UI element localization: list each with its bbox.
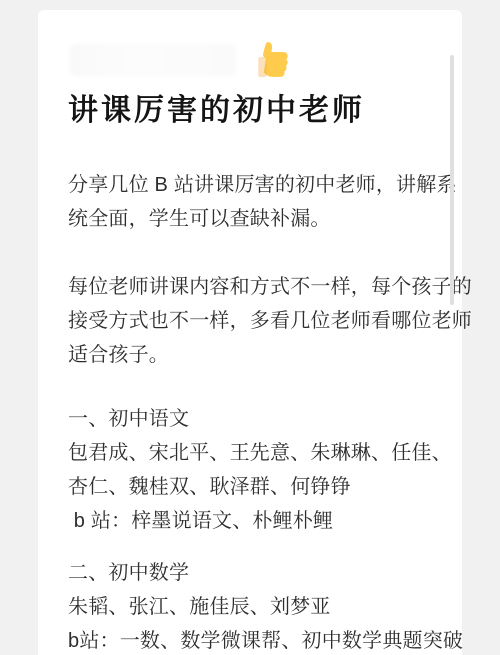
section-math-teachers-line-1: 朱韬、张江、施佳辰、刘梦亚 [68,590,440,624]
section-chinese-heading: 一、初中语文 [68,402,440,436]
section-math: 二、初中数学 朱韬、张江、施佳辰、刘梦亚 b站：一数、数学微课帮、初中数学典题突… [68,556,440,655]
scrollbar-thumb[interactable] [450,55,454,305]
advice-line-1: 每位老师讲课内容和方式不一样，每个孩子的 [68,270,440,304]
article-title: 讲课厉害的初中老师 [68,93,440,129]
article-card: 讲课厉害的初中老师 分享几位 B 站讲课厉害的初中老师，讲解系 统全面，学生可以… [38,10,462,655]
intro-line-1: 分享几位 B 站讲课厉害的初中老师，讲解系 [68,168,440,202]
section-math-bilibili: b站：一数、数学微课帮、初中数学典题突破 [68,624,440,655]
advice-line-3: 适合孩子。 [68,338,440,372]
screenshot-root: 讲课厉害的初中老师 分享几位 B 站讲课厉害的初中老师，讲解系 统全面，学生可以… [0,0,500,655]
section-chinese-bilibili: b 站：梓墨说语文、朴鲤朴鲤 [68,504,440,538]
paragraph-advice: 每位老师讲课内容和方式不一样，每个孩子的 接受方式也不一样，多看几位老师看哪位老… [68,270,440,372]
intro-line-2: 统全面，学生可以查缺补漏。 [68,202,440,236]
section-chinese: 一、初中语文 包君成、宋北平、王先意、朱琳琳、任佳、 杏仁、魏桂双、耿泽群、何铮… [68,402,440,538]
paragraph-intro: 分享几位 B 站讲课厉害的初中老师，讲解系 统全面，学生可以查缺补漏。 [68,168,440,236]
section-chinese-teachers-line-1: 包君成、宋北平、王先意、朱琳琳、任佳、 [68,436,440,470]
article-header [68,10,440,85]
thumbs-up-emoji [251,38,297,84]
redacted-author-blur [70,44,236,76]
section-math-heading: 二、初中数学 [68,556,440,590]
advice-line-2: 接受方式也不一样，多看几位老师看哪位老师 [68,304,440,338]
section-chinese-teachers-line-2: 杏仁、魏桂双、耿泽群、何铮铮 [68,470,440,504]
